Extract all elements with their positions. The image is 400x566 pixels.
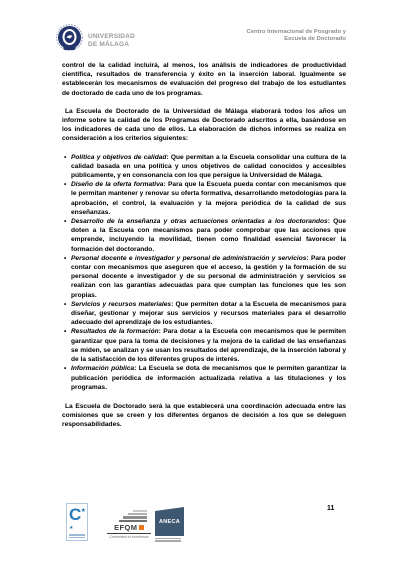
- paragraph-coordination: La Escuela de Doctorado será la que esta…: [62, 402, 346, 430]
- bullet-icon: •: [62, 300, 71, 328]
- list-item-text: Información pública: La Escuela se dota …: [71, 364, 346, 392]
- page-number: 11: [327, 505, 334, 512]
- quality-certificate-logo: C ★ ★: [66, 503, 88, 541]
- efqm-square-icon: [139, 525, 144, 530]
- list-item: • Resultados de la formación: Para dotar…: [62, 327, 346, 364]
- list-item: • Diseño de la oferta formativa: Para qu…: [62, 180, 346, 217]
- header-center-name: Centro Internacional de Posgrado y Escue…: [246, 29, 346, 43]
- list-item-text: Desarrollo de la enseñanza y otras actua…: [71, 217, 346, 254]
- document-page: UNIVERSIDAD DE MÁLAGA Centro Internacion…: [0, 0, 400, 566]
- certificate-letter: C: [69, 506, 81, 523]
- university-logo: UNIVERSIDAD DE MÁLAGA: [56, 24, 135, 57]
- aneca-shape-icon: ANECA: [155, 507, 184, 536]
- bullet-icon: •: [62, 254, 71, 300]
- efqm-logo: EFQM Committed to excellence: [105, 510, 153, 539]
- list-item: • Política y objetivos de calidad: Que p…: [62, 153, 346, 181]
- aneca-smallprint-lines: [155, 538, 187, 542]
- bullet-icon: •: [62, 180, 71, 217]
- bullet-icon: •: [62, 217, 71, 254]
- university-seal-icon: [56, 24, 83, 57]
- university-name: UNIVERSIDAD DE MÁLAGA: [88, 33, 135, 48]
- efqm-tagline: Committed to excellence: [105, 535, 153, 539]
- list-item: • Servicios y recursos materiales: Que p…: [62, 300, 346, 328]
- paragraph-annual-report: La Escuela de Doctorado de la Universida…: [62, 107, 346, 144]
- criteria-list: • Política y objetivos de calidad: Que p…: [62, 153, 346, 392]
- paragraph-quality-control: control de la calidad incluirá, al menos…: [62, 61, 346, 98]
- document-body: control de la calidad incluirá, al menos…: [62, 61, 346, 439]
- aneca-label: ANECA: [159, 519, 180, 525]
- list-item-text: Política y objetivos de calidad: Que per…: [71, 153, 346, 181]
- star-icon: ★: [69, 525, 73, 531]
- efqm-label: EFQM: [114, 523, 137, 532]
- certificate-smallprint-lines: [69, 533, 85, 538]
- list-item: • Información pública: La Escuela se dot…: [62, 364, 346, 392]
- list-item: • Personal docente e investigador y pers…: [62, 254, 346, 300]
- star-icon: ★: [81, 507, 86, 514]
- list-item: • Desarrollo de la enseñanza y otras act…: [62, 217, 346, 254]
- efqm-divider: [107, 533, 151, 534]
- aneca-logo: ANECA: [155, 507, 187, 542]
- efqm-steps-icon: [105, 510, 153, 522]
- bullet-icon: •: [62, 327, 71, 364]
- list-item-text: Servicios y recursos materiales: Que per…: [71, 300, 346, 328]
- bullet-icon: •: [62, 153, 71, 181]
- list-item-text: Diseño de la oferta formativa: Para que …: [71, 180, 346, 217]
- list-item-text: Resultados de la formación: Para dotar a…: [71, 327, 346, 364]
- bullet-icon: •: [62, 364, 71, 392]
- list-item-text: Personal docente e investigador y person…: [71, 254, 346, 300]
